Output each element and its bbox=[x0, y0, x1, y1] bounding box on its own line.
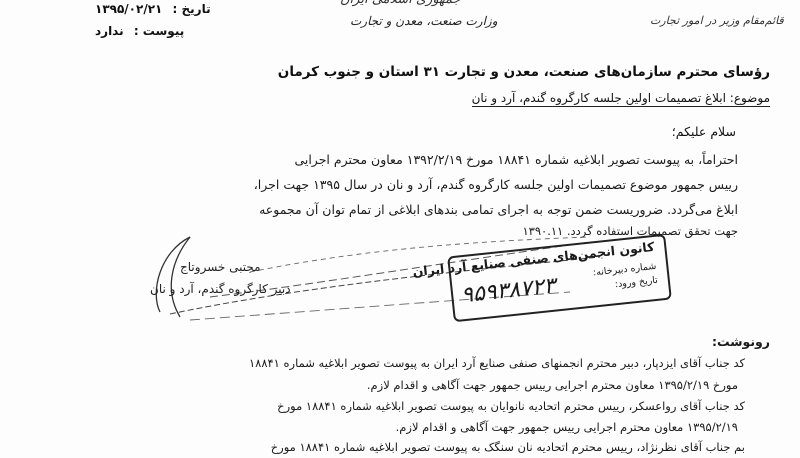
cc-item-2-line-2: ۱۳۹۵/۲/۱۹ معاون محترم اجرایی رییس جمهور … bbox=[396, 420, 738, 434]
body-line-1: احتراماً، به پیوست تصویر ابلاغیه شماره ۱… bbox=[294, 152, 738, 167]
attachment-label: پیوست : bbox=[134, 24, 184, 38]
recipient-line: رؤسای محترم سازمان‌های صنعت، معدن و تجار… bbox=[278, 64, 770, 80]
greeting: سلام علیکم؛ bbox=[672, 124, 736, 139]
cc-item-3-line-1: بم جناب آقای نظرنژاد، رییس محترم اتحادیه… bbox=[271, 440, 745, 454]
attachment-line: پیوست : ندارد bbox=[95, 24, 184, 38]
cc-item-1-line-1: کد جناب آقای ایزدپار، دبیر محترم انجمنها… bbox=[249, 356, 745, 370]
date-line: تاریخ : ۱۳۹۵/۰۲/۲۱ bbox=[95, 2, 211, 16]
body-line-2: رییس جمهور موضوع تصمیمات اولین جلسه کارگ… bbox=[254, 177, 738, 192]
ministry-name: وزارت صنعت، معدن و تجارت bbox=[350, 14, 498, 28]
attachment-value: ندارد bbox=[95, 24, 124, 38]
letterhead-top-text: جمهوری اسلامی ایران bbox=[340, 0, 461, 7]
letter-page: جمهوری اسلامی ایران وزارت صنعت، معدن و ت… bbox=[0, 0, 800, 458]
signature-block: مجتبی خسروتاج دبیر کارگروه گندم، آرد و ن… bbox=[150, 256, 291, 300]
deputy-title: قائم‌مقام وزیر در امور تجارت bbox=[650, 14, 784, 27]
cc-item-2-line-1: کد جناب آقای رواعسکر، رییس محترم اتحادیه… bbox=[277, 399, 745, 413]
cc-item-1-line-2: مورخ ۱۳۹۵/۲/۱۹ معاون محترم اجرایی رییس ج… bbox=[367, 378, 738, 392]
cc-title: رونوشت: bbox=[712, 334, 770, 349]
subject-line: موضوع: ابلاغ تصمیمات اولین جلسه کارگروه … bbox=[472, 91, 770, 107]
date-label: تاریخ : bbox=[173, 2, 211, 16]
stamp-entry-date-label: تاریخ ورود: bbox=[614, 275, 658, 290]
date-value: ۱۳۹۵/۰۲/۲۱ bbox=[95, 2, 162, 16]
body-line-3: ابلاغ می‌گردد. ضروریست ضمن توجه به اجرای… bbox=[259, 202, 738, 217]
signer-title: دبیر کارگروه گندم، آرد و نان bbox=[150, 278, 291, 300]
stamp-handwritten-number: ۹۵۹۳۸۷۲۳ bbox=[460, 274, 557, 309]
signer-name: مجتبی خسروتاج bbox=[150, 256, 291, 278]
